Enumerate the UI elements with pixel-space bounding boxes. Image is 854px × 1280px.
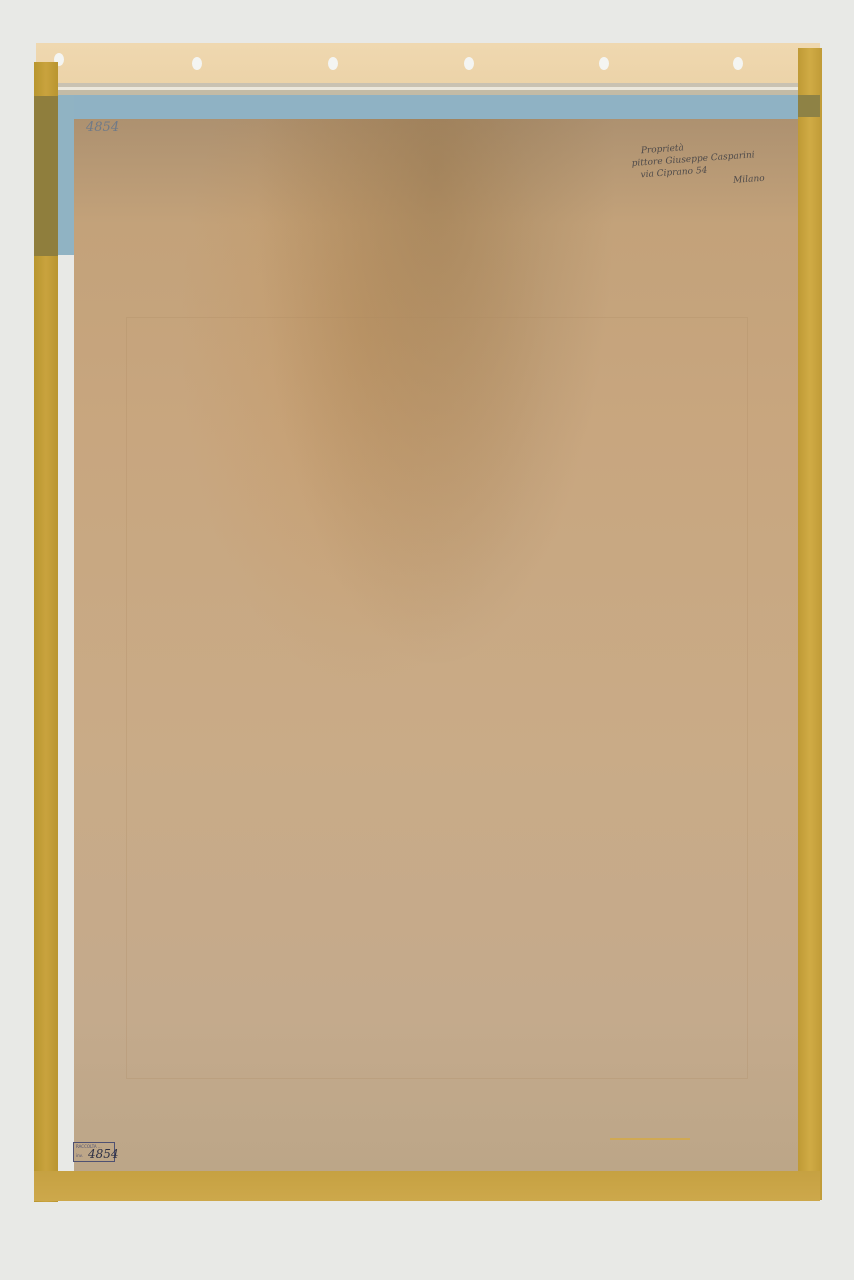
yellow-tape-bottom bbox=[34, 1171, 820, 1201]
paper-sheet bbox=[74, 119, 798, 1171]
inventory-number: 4854 bbox=[86, 120, 119, 135]
pigment-smear bbox=[610, 1138, 690, 1140]
stamp-prefix: inv. bbox=[76, 1153, 83, 1158]
yellow-tape-left-overlap bbox=[34, 96, 58, 256]
blue-tape-top bbox=[58, 95, 798, 119]
plate-mark bbox=[126, 317, 748, 1079]
mount-strip bbox=[36, 43, 820, 85]
punch-hole bbox=[599, 57, 609, 70]
yellow-tape-right bbox=[798, 48, 822, 1200]
mount-band bbox=[36, 83, 820, 95]
yellow-tape-right-overlap bbox=[798, 95, 820, 117]
punch-hole bbox=[733, 57, 743, 70]
blue-tape-left bbox=[58, 95, 74, 255]
punch-hole bbox=[328, 57, 338, 70]
punch-hole bbox=[192, 57, 202, 70]
punch-hole bbox=[464, 57, 474, 70]
collection-stamp: RACCOLTA ... inv. 4854 bbox=[73, 1142, 115, 1162]
stamp-number: 4854 bbox=[88, 1147, 119, 1161]
